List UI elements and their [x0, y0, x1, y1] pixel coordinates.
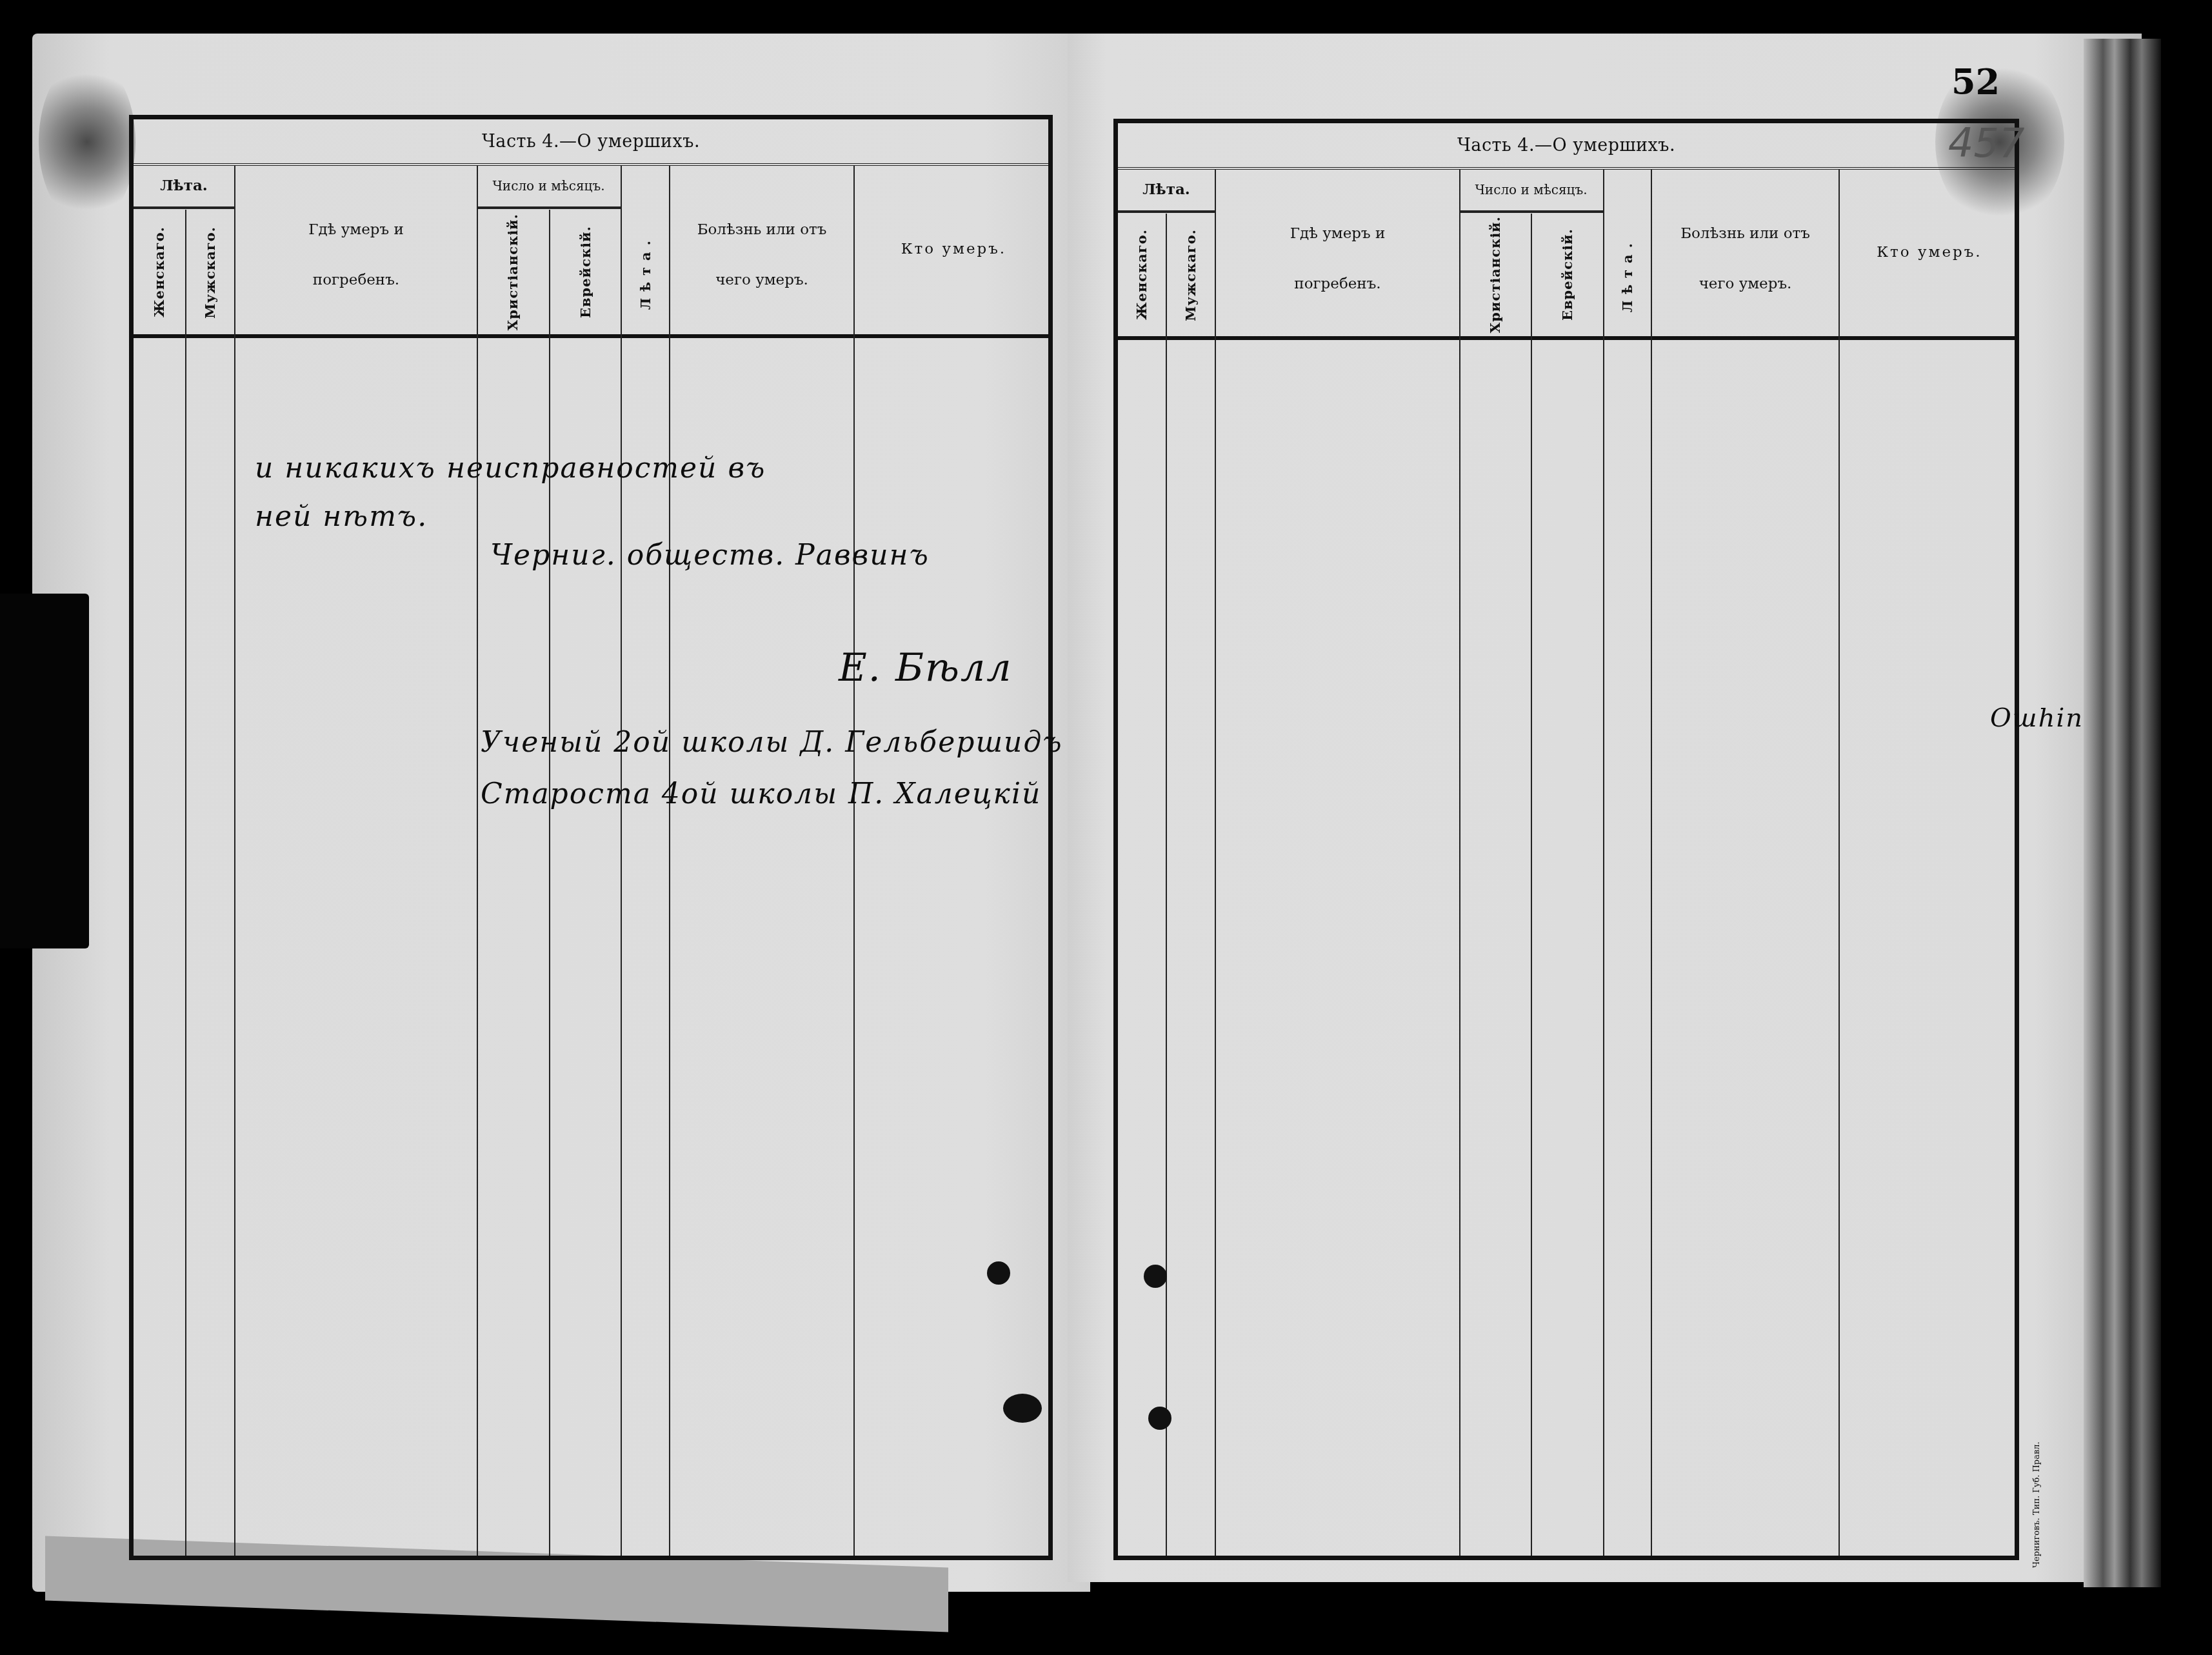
column-divider [1215, 170, 1216, 1556]
binding-hole [987, 1261, 1010, 1285]
header-age-label: Лѣта. [637, 234, 653, 310]
column-divider [1651, 170, 1652, 1556]
header-jewish: Еврейскій. [1532, 215, 1603, 335]
header-male: Мужскаго. [186, 211, 234, 334]
header-christian-label: Христіанскій. [1487, 216, 1503, 333]
subheader-divider [134, 206, 234, 209]
column-divider [1166, 214, 1167, 1556]
column-divider [234, 166, 235, 1556]
header-cause: Болѣзнь или отъ чего умеръ. [1652, 188, 1838, 330]
subheader-divider [1118, 210, 1215, 213]
header-male-label: Мужскаго. [1182, 229, 1199, 321]
header-where-died: Гдѣ умеръ и погребенъ. [235, 184, 477, 326]
header-jewish: Еврейскій. [550, 211, 621, 334]
margin-signature: Ошhin [1990, 703, 2084, 733]
header-who-died: Кто умеръ. [1840, 170, 2019, 336]
binding-hole [1003, 1394, 1042, 1423]
pencil-folio-number: 457 [1948, 119, 2024, 166]
section-title: Часть 4.—О умершихъ. [1118, 123, 2015, 170]
header-female-label: Женскаго. [1133, 229, 1150, 320]
header-who-died: Кто умеръ. [855, 166, 1053, 334]
signature: Е. Бѣлл [839, 645, 1012, 690]
header-christian: Христіанскій. [1459, 215, 1531, 335]
binding-hole [1148, 1407, 1171, 1430]
header-jewish-label: Еврейскій. [1559, 228, 1575, 321]
header-female: Женскаго. [134, 211, 185, 334]
section-title: Часть 4.—О умершихъ. [134, 119, 1048, 166]
handwritten-line: Черниг. обществ. Раввинъ [490, 539, 930, 572]
header-years: Лѣта. [134, 166, 234, 206]
header-female: Женскаго. [1118, 215, 1166, 335]
header-years: Лѣта. [1118, 170, 1215, 210]
header-christian-label: Христіанскій. [504, 214, 521, 330]
handwritten-line: и никакихъ неисправностей въ [255, 452, 766, 485]
book-binding-edge [2084, 39, 2161, 1587]
binding-hole [1144, 1265, 1167, 1288]
header-divider [134, 334, 1048, 338]
handwritten-line: Староста 4ой школы П. Халецкій [481, 777, 1041, 810]
column-divider [477, 166, 478, 1556]
column-divider [1459, 170, 1460, 1556]
header-date: Число и мѣсяцъ. [477, 166, 621, 206]
column-divider [1838, 170, 1840, 1556]
header-where-died: Гдѣ умеръ и погребенъ. [1216, 188, 1459, 330]
header-jewish-label: Еврейскій. [577, 226, 593, 318]
black-tab-marker [0, 594, 89, 948]
column-divider [1603, 170, 1604, 1556]
mold-stain [39, 58, 135, 226]
header-female-label: Женскаго. [151, 226, 167, 317]
header-christian: Христіанскій. [477, 211, 549, 334]
header-age: Лѣта. [1604, 215, 1651, 335]
header-cause: Болѣзнь или отъ чего умеръ. [670, 184, 853, 326]
column-divider [621, 166, 622, 1556]
header-date: Число и мѣсяцъ. [1459, 170, 1603, 210]
column-divider [669, 166, 670, 1556]
header-male-label: Мужскаго. [202, 226, 218, 319]
printer-footer: Черниговъ. Тип. Губ. Правл. [2032, 1394, 2042, 1568]
subheader-divider [477, 206, 621, 209]
column-divider [853, 166, 855, 1556]
page-number: 52 [1951, 61, 2000, 103]
right-register-table: Часть 4.—О умершихъ. Лѣта. Женскаго. Муж… [1113, 119, 2019, 1560]
handwritten-line: Ученый 2ой школы Д. Гельбершидъ [481, 726, 1063, 759]
header-age-label: Лѣта. [1619, 237, 1635, 312]
header-divider [1118, 336, 2015, 340]
column-divider [1531, 214, 1532, 1556]
header-age: Лѣта. [622, 211, 669, 334]
header-male: Мужскаго. [1167, 215, 1215, 335]
subheader-divider [1459, 210, 1603, 213]
column-divider [185, 210, 186, 1556]
left-register-table: Часть 4.—О умершихъ. Лѣта. Женскаго. Муж… [129, 115, 1053, 1560]
handwritten-line: ней нѣтъ. [255, 500, 428, 533]
column-divider [549, 210, 550, 1556]
